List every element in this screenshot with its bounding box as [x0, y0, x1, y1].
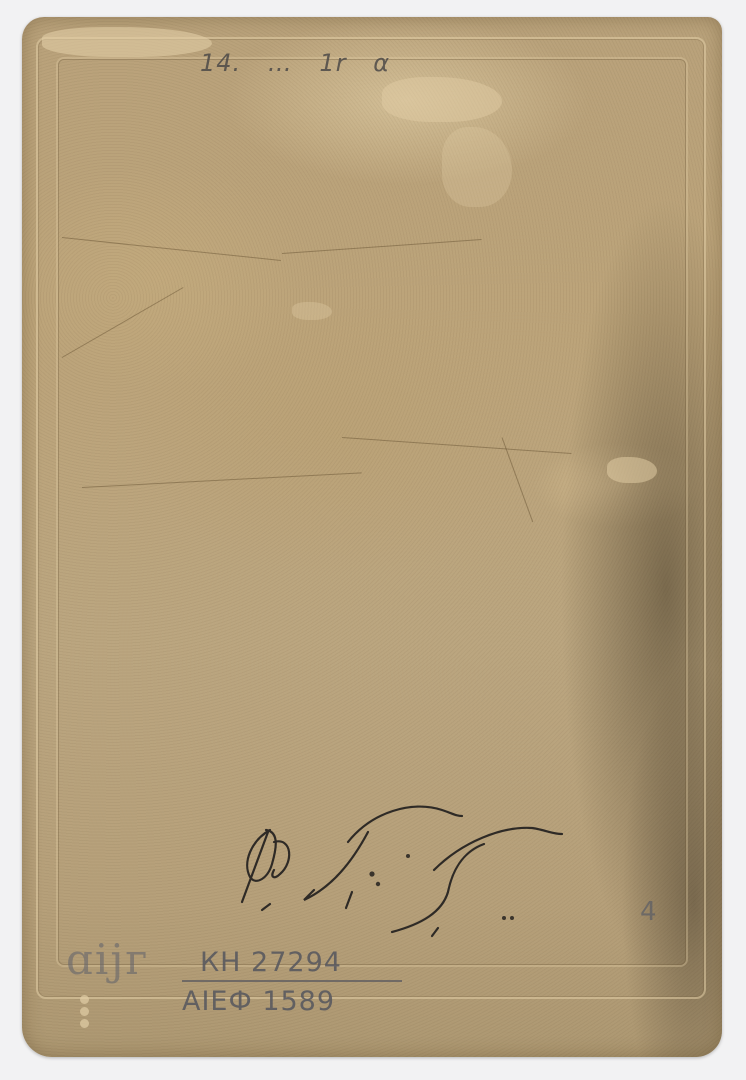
- ornament-dot: [80, 995, 89, 1004]
- ornament-dots: [80, 992, 94, 1032]
- cursive-initials-strokes: [222, 782, 582, 952]
- ornament-dot: [80, 1007, 89, 1016]
- flake-patch: [42, 27, 212, 57]
- inventory-divider: [182, 980, 402, 982]
- ornament-dot: [80, 1019, 89, 1028]
- top-pencil-note: 14. … 1r α: [200, 49, 390, 77]
- flake-patch: [382, 77, 502, 122]
- flake-patch: [292, 302, 332, 320]
- scan-background: 14. … 1r α Ф. Т. Т.: [0, 0, 746, 1080]
- inventory-line-1: КН 27294: [182, 947, 422, 978]
- left-pencil-scribble: ɑіјг: [66, 935, 149, 984]
- inventory-number: КН 27294 АІЕФ 1589: [182, 947, 422, 1017]
- inventory-line-2: АІЕФ 1589: [182, 986, 422, 1017]
- ink-initials: Ф. Т. Т.: [222, 782, 582, 952]
- right-pencil-mark: 4: [640, 897, 657, 927]
- flake-patch: [607, 457, 657, 483]
- photo-card-back: 14. … 1r α Ф. Т. Т.: [22, 17, 722, 1057]
